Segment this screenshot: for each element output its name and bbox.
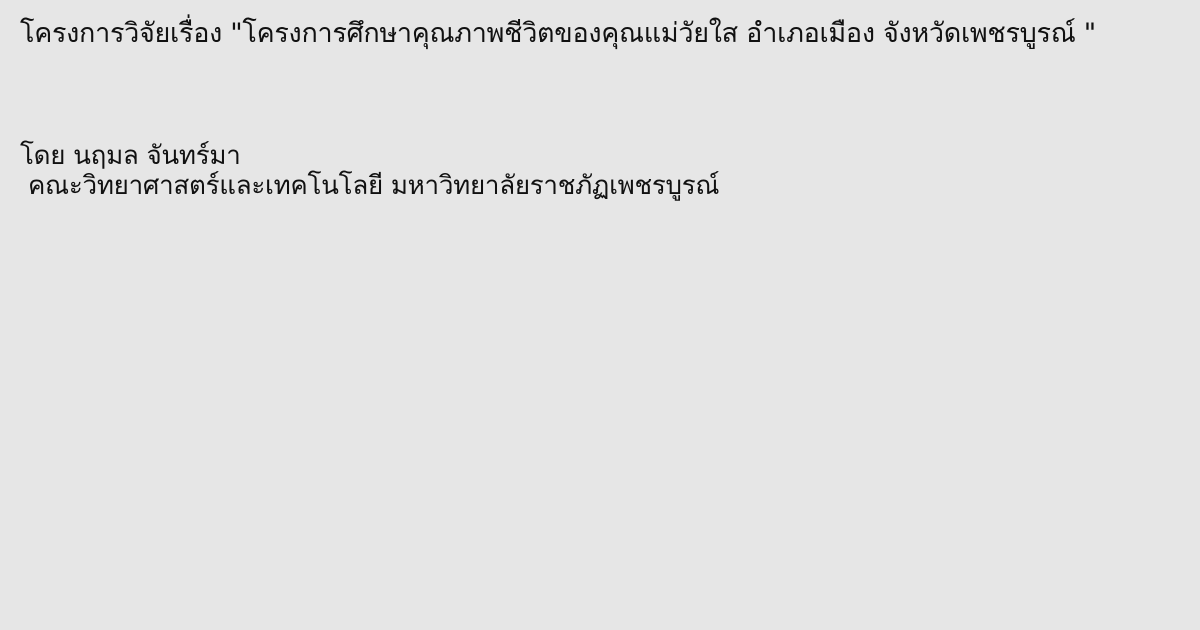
document-title: โครงการวิจัยเรื่อง "โครงการศึกษาคุณภาพชี… [20, 14, 1190, 54]
author-affiliation: คณะวิทยาศาสตร์และเทคโนโลยี มหาวิทยาลัยรา… [20, 170, 719, 202]
author-byline: โดย นฤมล จันทร์มา [20, 140, 241, 172]
